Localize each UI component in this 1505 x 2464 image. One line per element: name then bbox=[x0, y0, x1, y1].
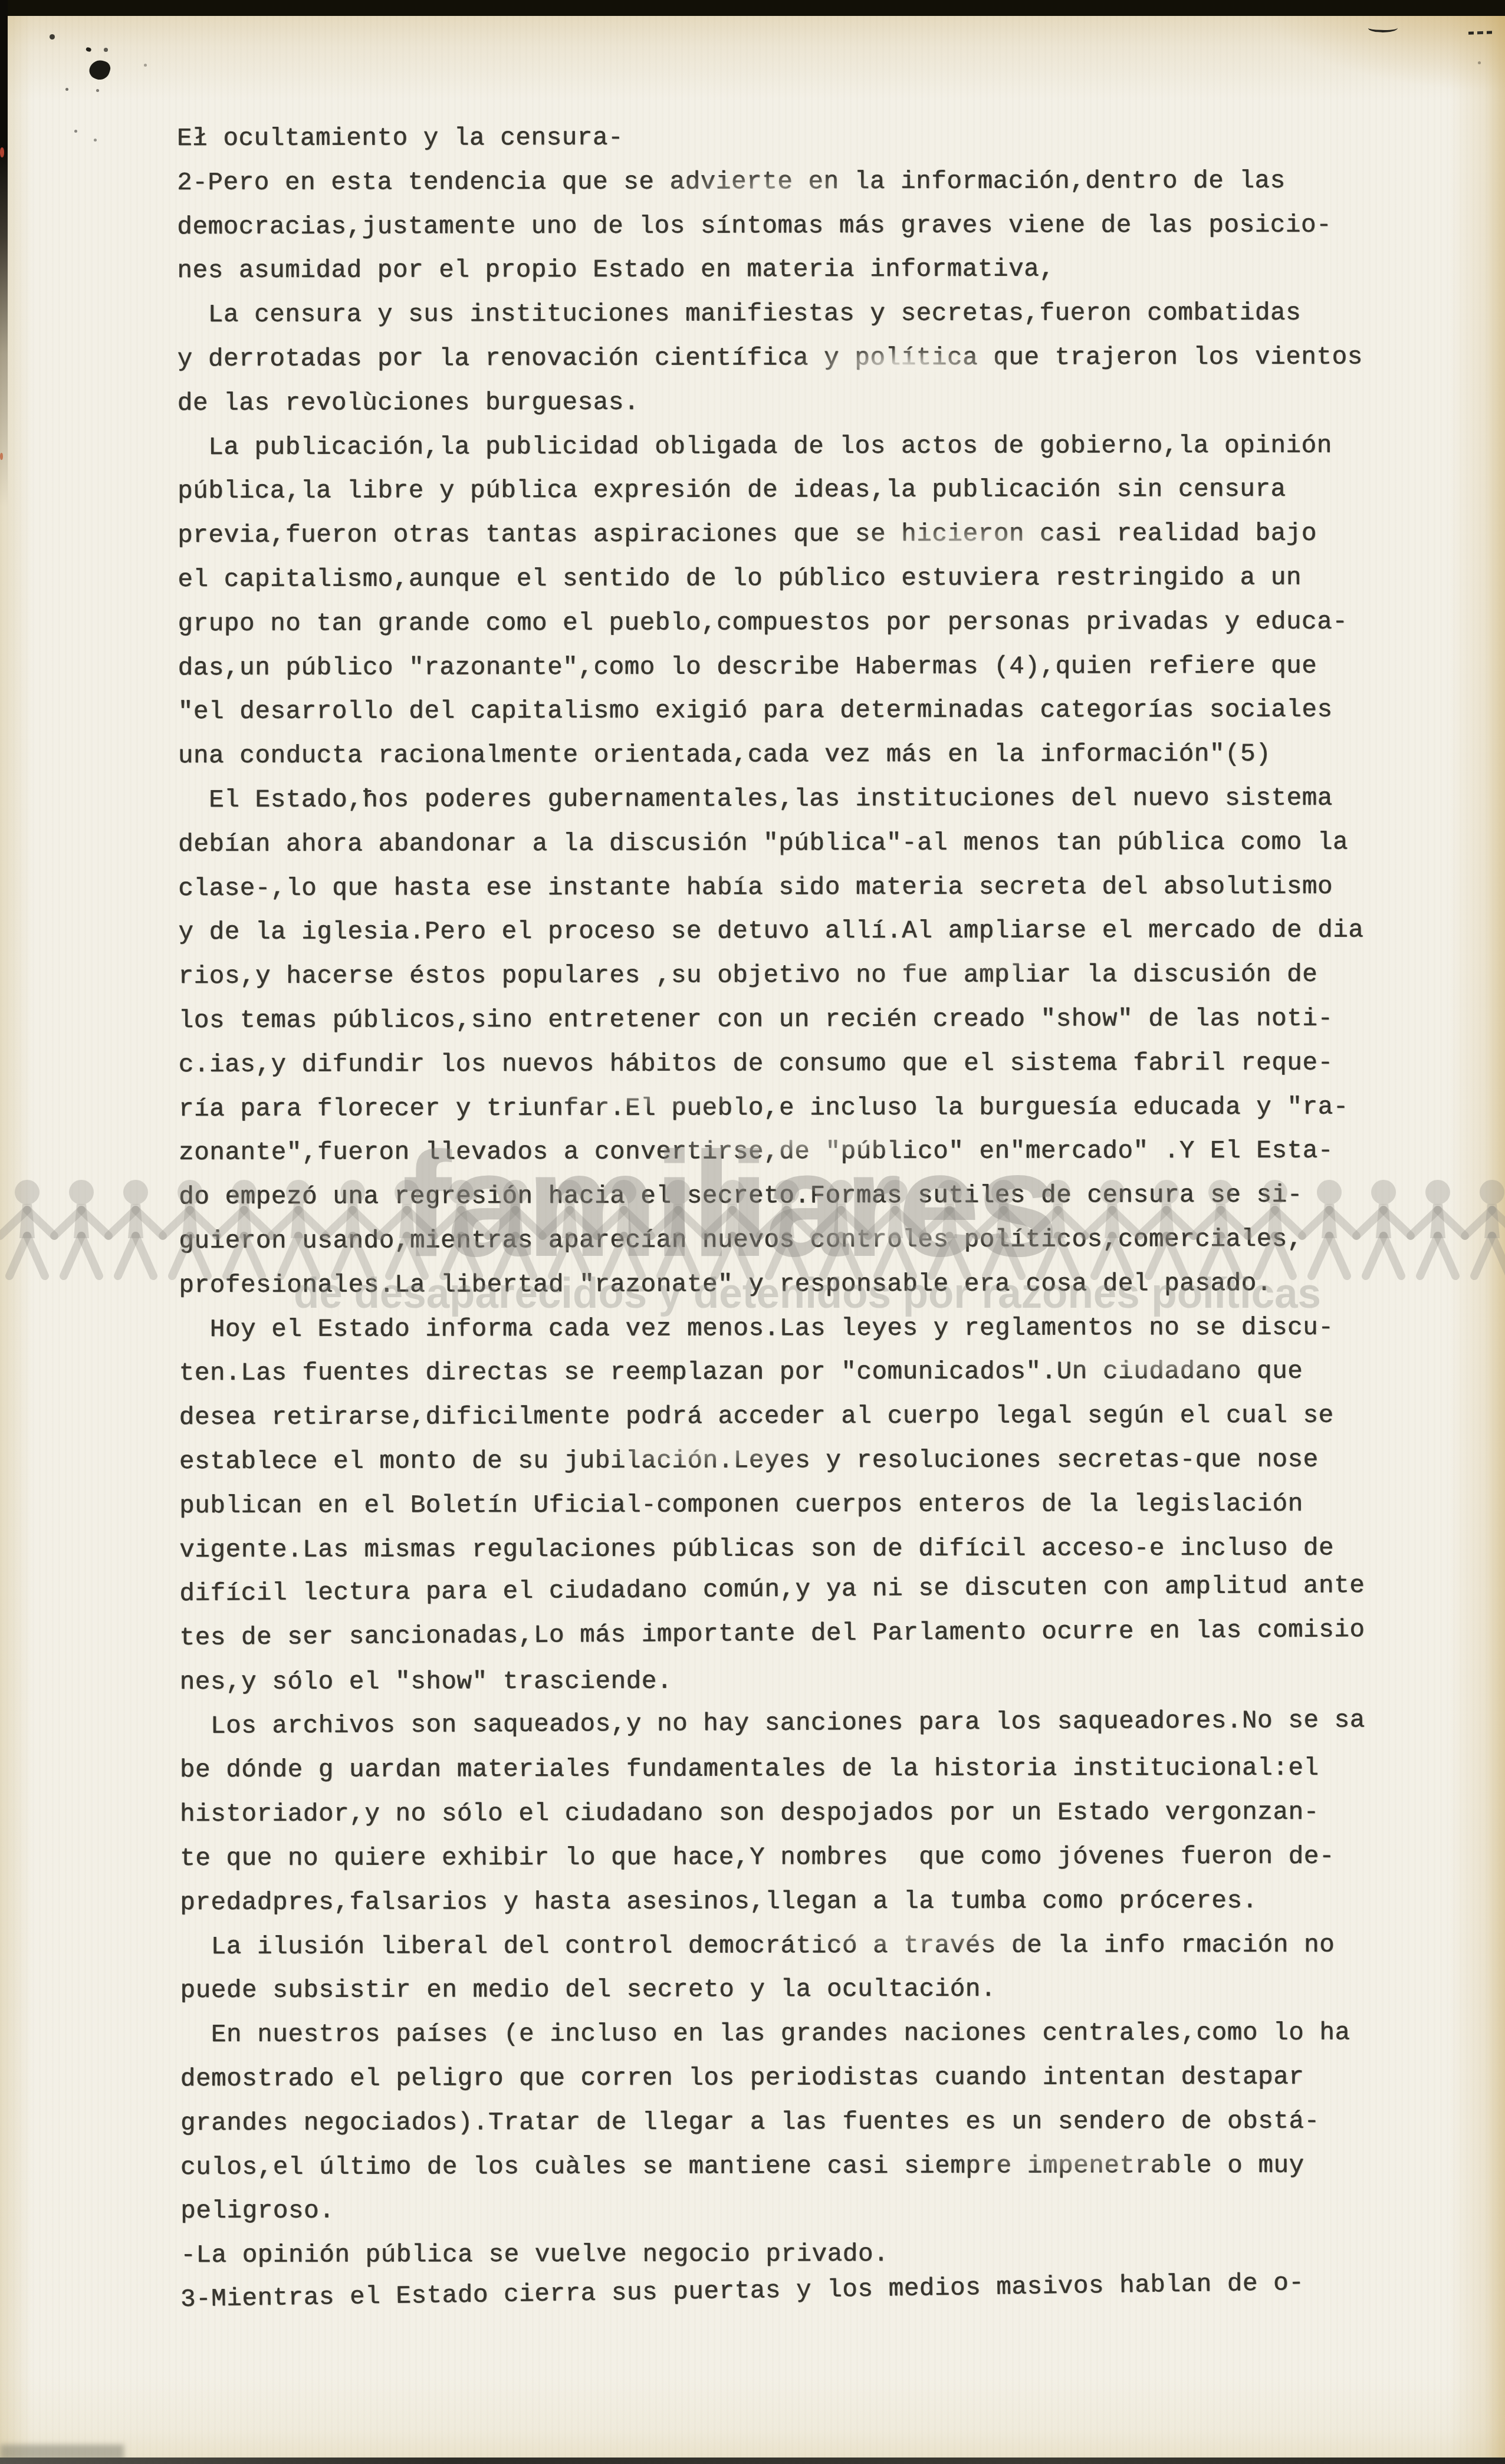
typewritten-line: La ilusión liberal del control democráti… bbox=[180, 1923, 1418, 1969]
typewritten-line: be dónde g uardan materiales fundamental… bbox=[180, 1746, 1418, 1792]
typewritten-line: predadpres,falsarios y hasta asesinos,ll… bbox=[180, 1879, 1418, 1925]
typewritten-line: establece el monto de su jubilación.Leye… bbox=[179, 1437, 1418, 1483]
typewritten-line: Hoy el Estado informa cada vez menos.Las… bbox=[179, 1305, 1418, 1351]
red-edge-mark-small bbox=[0, 453, 3, 460]
typewritten-line: desea retirarse,dificilmente podrá acced… bbox=[179, 1393, 1418, 1439]
typewritten-line: y derrotadas por la renovación científic… bbox=[178, 335, 1416, 381]
scan-border-bottom bbox=[0, 2458, 1505, 2464]
typewritten-line: c.ias,y difundir los nuevos hábitos de c… bbox=[179, 1041, 1417, 1087]
scan-border-left bbox=[0, 0, 8, 507]
typewritten-line: das,un público "razonante",como lo descr… bbox=[178, 644, 1417, 690]
typewritten-line: "el desarrollo del capitalismo exigió pa… bbox=[178, 688, 1417, 734]
typewritten-line: La publicación,la publicidad obligada de… bbox=[178, 423, 1416, 469]
typewritten-line: historiador,y no sólo el ciudadano son d… bbox=[180, 1791, 1418, 1837]
typewritten-line: culos,el último de los cuàles se mantien… bbox=[180, 2143, 1419, 2189]
typewritten-line: El Estado,ħos poderes gubernamentales,la… bbox=[178, 776, 1417, 822]
typewritten-line: nes asumidad por el propio Estado en mat… bbox=[177, 247, 1415, 293]
typewritten-line: La censura y sus instituciones manifiest… bbox=[178, 291, 1416, 337]
typewritten-line: profesionales.La libertad "razonate" y r… bbox=[179, 1261, 1417, 1307]
typewritten-line: clase-,lo que hasta ese instante había s… bbox=[178, 864, 1417, 910]
typewritten-line: grandes negociados).Tratar de llegar a l… bbox=[180, 2099, 1419, 2145]
typewritten-line: los temas públicos,sino entretener con u… bbox=[179, 996, 1417, 1042]
typewritten-line: el capitalismo,aunque el sentido de lo p… bbox=[178, 555, 1416, 601]
typewritten-line: peligroso. bbox=[180, 2187, 1419, 2233]
typewritten-line: te que no quiere exhibir lo que hace,Y n… bbox=[180, 1834, 1418, 1880]
typewritten-line: pública,la libre y pública expresión de … bbox=[178, 468, 1416, 514]
typewritten-line: previa,fueron otras tantas aspiraciones … bbox=[178, 512, 1416, 558]
typewritten-line: nes,y sólo el "show" trasciende. bbox=[180, 1658, 1418, 1704]
typewritten-line: ría para florecer y triunfar.El pueblo,e… bbox=[179, 1085, 1417, 1131]
typewritten-line: guieron usando,mientras aparecían nuevos… bbox=[179, 1217, 1417, 1263]
typewritten-line: ten.Las fuentes directas se reemplazan p… bbox=[179, 1350, 1418, 1396]
ink-specks bbox=[0, 0, 3, 3]
typewritten-line: grupo no tan grande como el pueblo,compu… bbox=[178, 600, 1416, 646]
typewritten-line: 2-Pero en esta tendencia que se advierte… bbox=[177, 159, 1415, 205]
typewritten-line: Eł ocultamiento y la censura- bbox=[177, 114, 1415, 160]
typewritten-line: do empezó una regresión hacia el secreto… bbox=[179, 1173, 1417, 1219]
typewritten-line: zonante",fueron llevados a convertirse,d… bbox=[179, 1129, 1417, 1175]
typewritten-line: una conducta racionalmente orientada,cad… bbox=[178, 732, 1417, 778]
typewritten-line: y de la iglesia.Pero el proceso se detuv… bbox=[178, 909, 1417, 955]
typewritten-line: puede subsistir en medio del secreto y l… bbox=[180, 1967, 1418, 2013]
typewritten-line: de las revolùciones burguesas. bbox=[178, 379, 1416, 425]
red-edge-mark bbox=[0, 147, 4, 157]
typewritten-text-block: Eł ocultamiento y la censura-2-Pero en e… bbox=[177, 114, 1419, 2322]
typewritten-line: publican en el Boletín Uficial-componen … bbox=[179, 1482, 1418, 1528]
typewritten-line: Los archivos son saqueados,y no hay sanc… bbox=[180, 1698, 1418, 1749]
typewritten-line: democracias,justamente uno de los síntom… bbox=[177, 203, 1415, 249]
typewritten-line: En nuestros países (e incluso en las gra… bbox=[180, 2011, 1419, 2057]
typewritten-line: tes de ser sancionadas,Lo más importante… bbox=[179, 1607, 1418, 1660]
typewritten-line: demostrado el peligro que corren los per… bbox=[180, 2055, 1419, 2101]
typewritten-line: rios,y hacerse éstos populares ,su objet… bbox=[178, 952, 1417, 998]
scanned-typewritten-page: Eł ocultamiento y la censura-2-Pero en e… bbox=[0, 0, 1505, 2464]
typewritten-line: debían ahora abandonar a la discusión "p… bbox=[178, 820, 1417, 866]
scan-border-top bbox=[0, 0, 1505, 16]
